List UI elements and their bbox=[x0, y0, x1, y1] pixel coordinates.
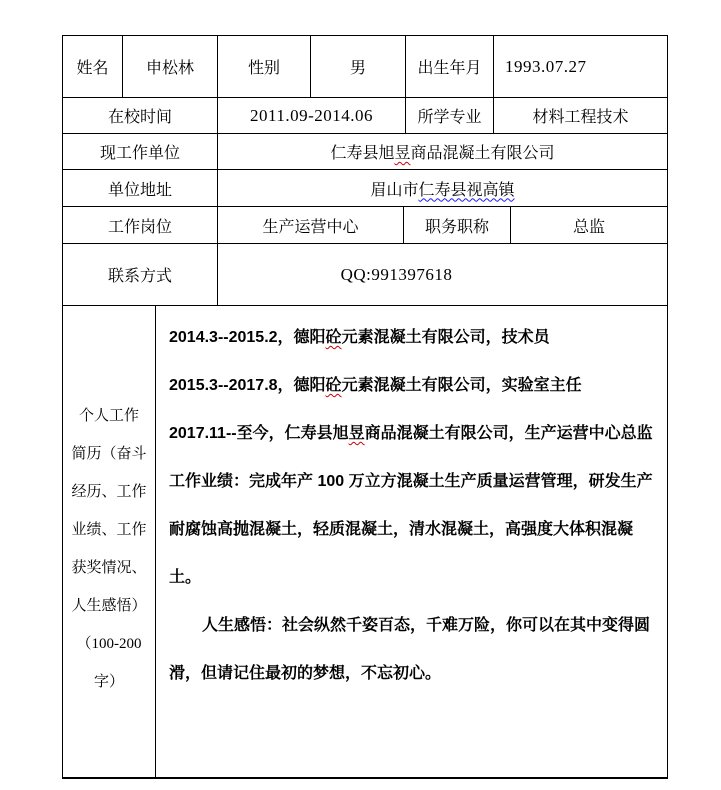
employer-value-rest: 商品混凝土有限公司 bbox=[411, 140, 555, 163]
biography-label-line: 人生感悟） bbox=[71, 587, 146, 625]
birth-date-label: 出生年月 bbox=[406, 36, 494, 97]
biography-label-line: 经历、工作 bbox=[71, 473, 146, 511]
achievement-paragraph: 工作业绩：完成年产 100 万立方混凝土生产质量运营管理，研发生产耐腐蚀高抛混凝… bbox=[169, 458, 661, 602]
name-label: 姓名 bbox=[63, 36, 123, 97]
biography-label-line: 获奖情况、 bbox=[71, 549, 146, 587]
school-time-value: 2011.09-2014.06 bbox=[218, 98, 406, 133]
position-value: 生产运营中心 bbox=[218, 207, 404, 243]
employer-label: 现工作单位 bbox=[63, 134, 218, 169]
address-label: 单位地址 bbox=[63, 170, 218, 206]
work-history-text: 2014.3--2015.2，德阳 bbox=[169, 329, 326, 346]
employer-value-text: 仁寿县旭 bbox=[330, 140, 394, 163]
work-history-entry: 2017.11--至今，仁寿县旭昱商品混凝土有限公司，生产运营中心总监 bbox=[169, 410, 661, 458]
work-history-misspelled: 砼 bbox=[326, 329, 342, 346]
work-history-misspelled: 昱 bbox=[349, 425, 365, 442]
reflection-paragraph: 人生感悟：社会纵然千姿百态，千难万险，你可以在其中变得圆滑，但请记住最初的梦想，… bbox=[169, 602, 661, 698]
table-row-contact: 联系方式 QQ:991397618 bbox=[63, 244, 667, 306]
position-label: 工作岗位 bbox=[63, 207, 218, 243]
work-history-text: 元素混凝土有限公司，实验室主任 bbox=[342, 377, 582, 394]
table-row-biography: 个人工作 简历（奋斗 经历、工作 业绩、工作 获奖情况、 人生感悟） （100-… bbox=[63, 306, 667, 777]
work-history-entry: 2014.3--2015.2，德阳砼元素混凝土有限公司，技术员 bbox=[169, 314, 661, 362]
contact-value: QQ:991397618 bbox=[218, 244, 667, 305]
table-row-basic-info: 姓名 申松林 性别 男 出生年月 1993.07.27 bbox=[63, 36, 667, 98]
biography-label-line: 字） bbox=[94, 663, 124, 701]
table-row-address: 单位地址 眉山市仁寿县视高镇 bbox=[63, 170, 667, 207]
document-page: 姓名 申松林 性别 男 出生年月 1993.07.27 在校时间 2011.09… bbox=[0, 0, 721, 790]
gender-label: 性别 bbox=[218, 36, 311, 97]
biography-content: 2014.3--2015.2，德阳砼元素混凝土有限公司，技术员 2015.3--… bbox=[156, 306, 667, 777]
resume-info-table: 姓名 申松林 性别 男 出生年月 1993.07.27 在校时间 2011.09… bbox=[62, 35, 668, 779]
biography-label-line: 个人工作 bbox=[79, 397, 139, 435]
table-row-employer: 现工作单位 仁寿县旭昱商品混凝土有限公司 bbox=[63, 134, 667, 170]
name-value: 申松林 bbox=[123, 36, 218, 97]
work-history-text: 元素混凝土有限公司，技术员 bbox=[342, 329, 550, 346]
biography-label-line: 简历（奋斗 bbox=[71, 435, 146, 473]
employer-value-misspelled: 昱 bbox=[394, 140, 410, 163]
birth-date-value: 1993.07.27 bbox=[494, 36, 667, 97]
work-history-misspelled: 砼 bbox=[326, 377, 342, 394]
biography-label: 个人工作 简历（奋斗 经历、工作 业绩、工作 获奖情况、 人生感悟） （100-… bbox=[63, 306, 156, 777]
address-value: 眉山市仁寿县视高镇 bbox=[218, 170, 667, 206]
gender-value: 男 bbox=[311, 36, 406, 97]
biography-label-line: （100-200 bbox=[77, 625, 142, 663]
table-row-position: 工作岗位 生产运营中心 职务职称 总监 bbox=[63, 207, 667, 244]
major-value: 材料工程技术 bbox=[494, 98, 667, 133]
biography-label-line: 业绩、工作 bbox=[71, 511, 146, 549]
job-title-label: 职务职称 bbox=[404, 207, 511, 243]
work-history-text: 商品混凝土有限公司，生产运营中心总监 bbox=[365, 425, 653, 442]
school-time-label: 在校时间 bbox=[63, 98, 218, 133]
contact-label: 联系方式 bbox=[63, 244, 218, 305]
major-label: 所学专业 bbox=[406, 98, 494, 133]
job-title-value: 总监 bbox=[511, 207, 667, 243]
employer-value: 仁寿县旭昱商品混凝土有限公司 bbox=[218, 134, 667, 169]
work-history-text: 2017.11--至今，仁寿县旭 bbox=[169, 425, 349, 442]
table-row-school: 在校时间 2011.09-2014.06 所学专业 材料工程技术 bbox=[63, 98, 667, 134]
address-value-text: 眉山市 bbox=[370, 177, 418, 200]
work-history-text: 2015.3--2017.8，德阳 bbox=[169, 377, 326, 394]
work-history-entry: 2015.3--2017.8，德阳砼元素混凝土有限公司，实验室主任 bbox=[169, 362, 661, 410]
address-value-flagged: 仁寿县视高镇 bbox=[419, 177, 515, 200]
